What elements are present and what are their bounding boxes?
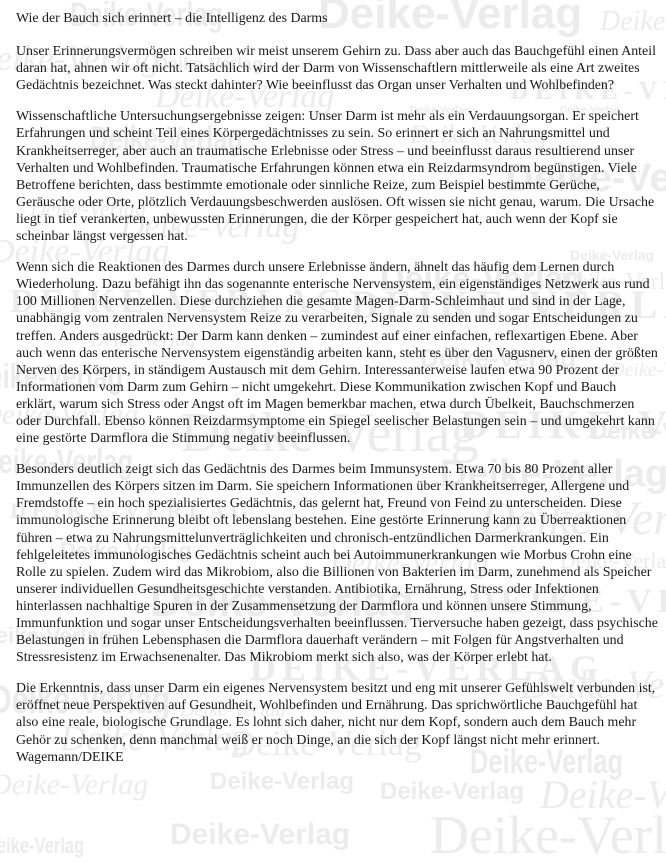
- paragraph-conclusion: Die Erkenntnis, dass unser Darm ein eige…: [16, 680, 658, 765]
- watermark: Deike-Verlag: [430, 808, 666, 862]
- article: Wie der Bauch sich erinnert – die Intell…: [0, 0, 666, 766]
- watermark: Deike-Verlag: [170, 820, 350, 850]
- article-title: Wie der Bauch sich erinnert – die Intell…: [16, 10, 658, 27]
- paragraph-intro: Unser Erinnerungsvermögen schreiben wir …: [16, 43, 658, 94]
- watermark: Deike-Verlag: [0, 835, 84, 857]
- watermark: Deike-Verlag: [210, 770, 354, 794]
- watermark: Deike-Verlag: [380, 780, 524, 804]
- watermark: Deike-Verlag: [540, 775, 666, 815]
- paragraph-body-3: Besonders deutlich zeigt sich das Gedäch…: [16, 461, 658, 666]
- paragraph-body-2: Wenn sich die Reaktionen des Darmes durc…: [16, 259, 658, 447]
- paragraph-body-1: Wissenschaftliche Untersuchungsergebniss…: [16, 108, 658, 245]
- watermark: Deike-Verlag: [0, 770, 148, 800]
